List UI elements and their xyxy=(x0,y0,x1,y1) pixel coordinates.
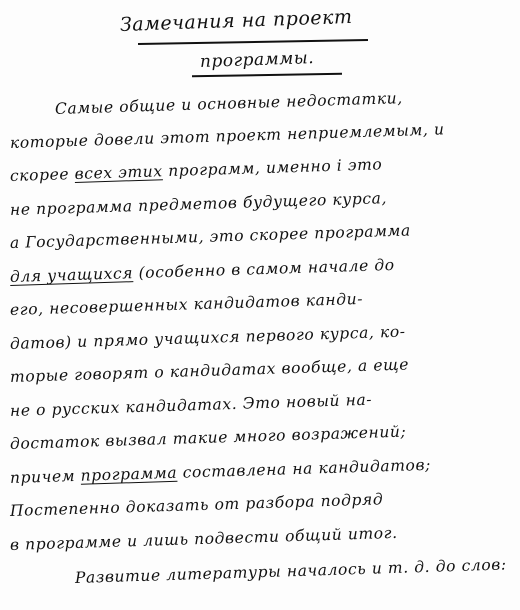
manuscript-line: его, несовершенных кандидатов канди- xyxy=(10,285,515,319)
manuscript-line: не о русских кандидатах. Это новый на- xyxy=(10,386,515,420)
manuscript-line: а Государственными, это скорее программа xyxy=(10,218,515,252)
manuscript-line: не программа предметов будущего курса, xyxy=(10,185,515,219)
title-underline-2 xyxy=(192,73,342,78)
manuscript-line: в программе и лишь подвести общий итог. xyxy=(10,520,515,554)
underlined-phrase: всех этих xyxy=(74,162,163,183)
manuscript-line: Самые общие и основные недостатки, xyxy=(55,84,520,118)
manuscript-line: Постепенно доказать от разбора подряд xyxy=(10,486,515,520)
manuscript-line: Развитие литературы началось и т. д. до … xyxy=(75,553,520,587)
manuscript-line: причем программа составлена на кандидато… xyxy=(10,453,515,487)
underlined-phrase: программа xyxy=(80,463,177,484)
manuscript-page: Замечания на проект программы. Самые общ… xyxy=(0,0,520,610)
document-title-line-1: Замечания на проект xyxy=(120,6,353,36)
manuscript-line: которые довели этот проект неприемлемым,… xyxy=(10,118,515,152)
document-title-line-2: программы. xyxy=(200,48,315,72)
manuscript-line: достаток вызвал такие много возражений; xyxy=(10,419,515,453)
manuscript-line: торые говорят о кандидатах вообще, а еще xyxy=(10,352,515,386)
manuscript-line: для учащихся (особенно в самом начале до xyxy=(10,252,515,286)
manuscript-line: скорее всех этих программ, именно і это xyxy=(10,151,515,185)
title-underline-1 xyxy=(138,39,368,45)
underlined-phrase: для учащихся xyxy=(10,264,134,286)
manuscript-line: датов) и прямо учащихся первого курса, к… xyxy=(10,319,515,353)
